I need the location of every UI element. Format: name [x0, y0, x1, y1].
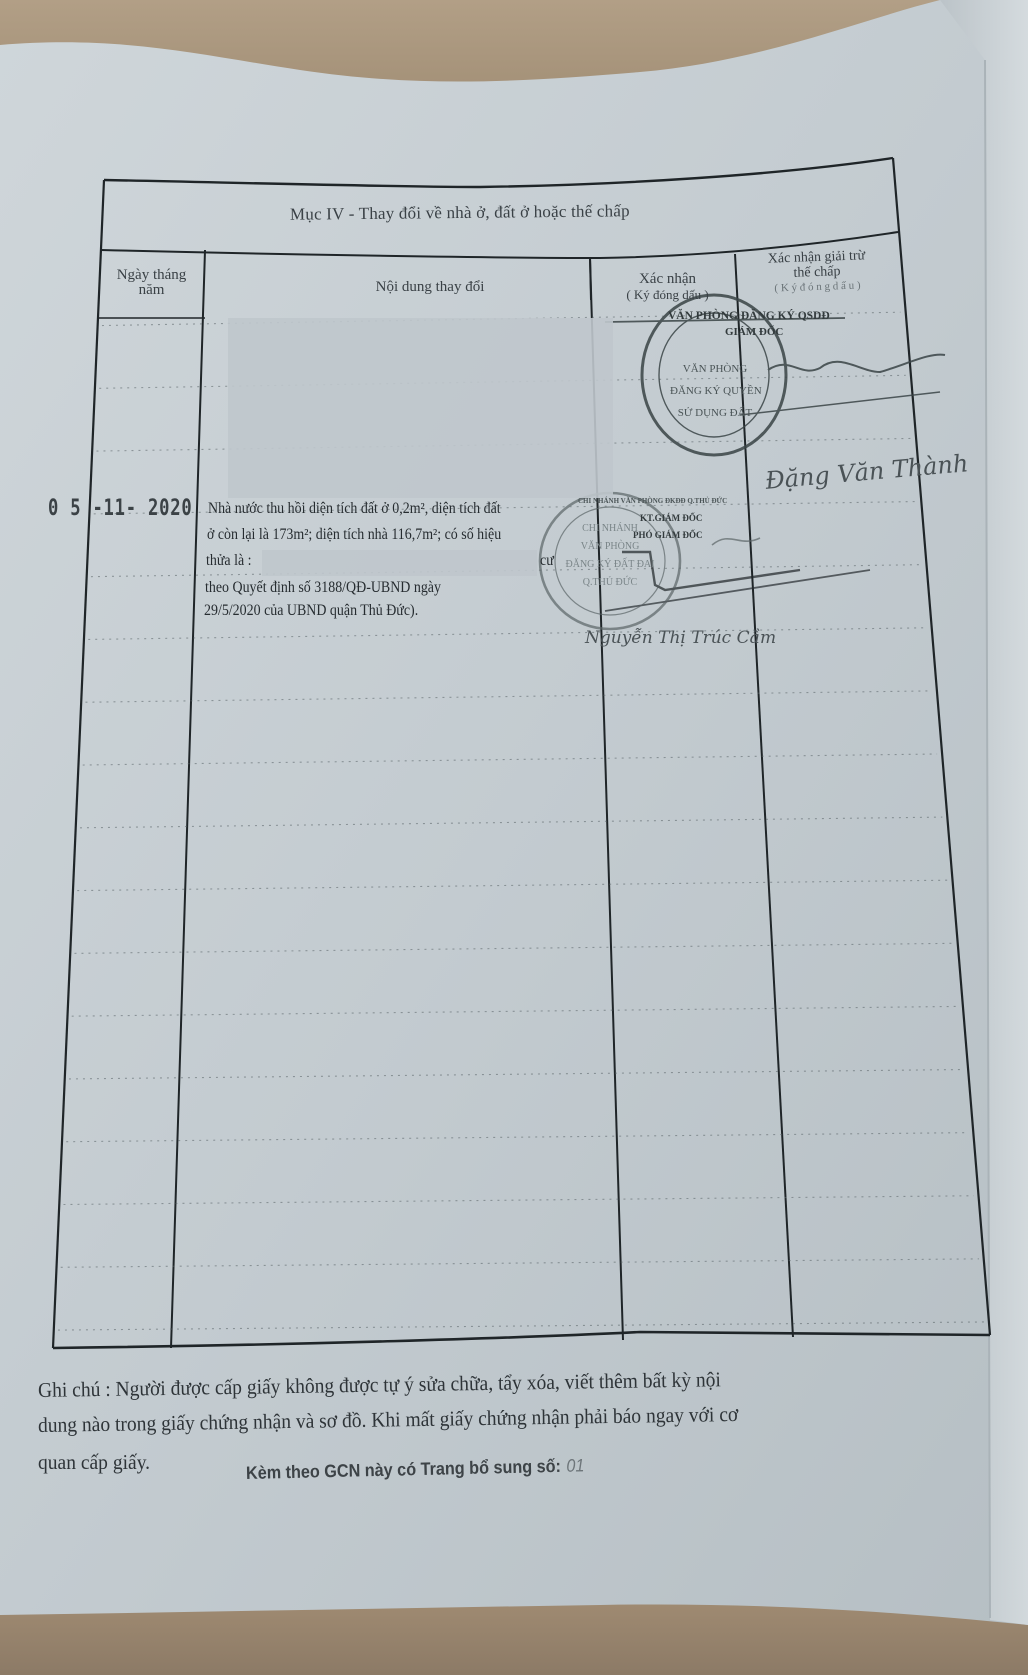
- col-header-confirm-line2: ( Ký đóng dấu ): [600, 287, 735, 302]
- stamp1-seal-text: VĂN PHÒNG ĐĂNG KÝ QUYỀN SỬ DỤNG ĐẤT: [670, 358, 760, 424]
- stamp2-seal-line3: ĐĂNG KÝ ĐẤT ĐAI: [565, 556, 655, 574]
- entry-content-line-5: 29/5/2020 của UBND quận Thủ Đức).: [204, 602, 418, 620]
- stamp1-seal-line1: VĂN PHÒNG: [670, 358, 760, 380]
- entry-date: 0 5 -11- 2020: [48, 496, 192, 521]
- stamp1-office: VĂN PHÒNG ĐĂNG KÝ QSDĐ: [668, 310, 830, 322]
- stamp2-seal-line1: CHI NHÁNH: [565, 520, 655, 538]
- col-header-date-line1: Ngày tháng: [104, 268, 199, 283]
- stamp1-seal-line2: ĐĂNG KÝ QUYỀN: [670, 380, 760, 402]
- col-header-date: Ngày tháng năm: [104, 268, 199, 298]
- stamp1-seal-line3: SỬ DỤNG ĐẤT: [670, 402, 760, 424]
- stamp2-signer: Nguyễn Thị Trúc Cầm: [585, 628, 776, 648]
- entry-content-line-4: theo Quyết định số 3188/QĐ-UBND ngày: [205, 579, 441, 597]
- stamp2-seal-text: CHI NHÁNH VĂN PHÒNG ĐĂNG KÝ ĐẤT ĐAI Q.TH…: [565, 520, 655, 592]
- col-header-confirm: Xác nhận ( Ký đóng dấu ): [600, 272, 735, 302]
- entry-content-line-1: Nhà nước thu hồi diện tích đất ở 0,2m², …: [208, 500, 501, 518]
- redacted-region: [228, 318, 613, 498]
- entry-content-line-3: thửa là :: [206, 552, 252, 570]
- col-header-content-label: Nội dung thay đổi: [300, 280, 560, 295]
- attachment-number: 01: [566, 1455, 584, 1475]
- stamp2-seal-line4: Q.THỦ ĐỨC: [565, 574, 655, 592]
- note-line-3: quan cấp giấy.: [38, 1450, 150, 1475]
- stamp1-title: GIÁM ĐỐC: [725, 326, 783, 338]
- col-header-release: Xác nhận giải trừ thế chấp ( K ý đ ó n g…: [741, 247, 892, 297]
- entry-content-line-2: ở còn lại là 173m²; diện tích nhà 116,7m…: [207, 526, 501, 544]
- stamp2-office: CHI NHÁNH VĂN PHÒNG ĐKĐĐ Q.THỦ ĐỨC: [578, 497, 727, 505]
- col-header-confirm-line1: Xác nhận: [600, 272, 735, 287]
- redacted-parcel-number: [262, 550, 537, 576]
- stamp2-seal-line2: VĂN PHÒNG: [565, 538, 655, 556]
- col-header-content: Nội dung thay đổi: [300, 280, 560, 295]
- col-header-date-line2: năm: [104, 283, 199, 298]
- section-title: Mục IV - Thay đổi về nhà ở, đất ở hoặc t…: [290, 201, 630, 225]
- entry-content-trailing: cư: [540, 552, 554, 570]
